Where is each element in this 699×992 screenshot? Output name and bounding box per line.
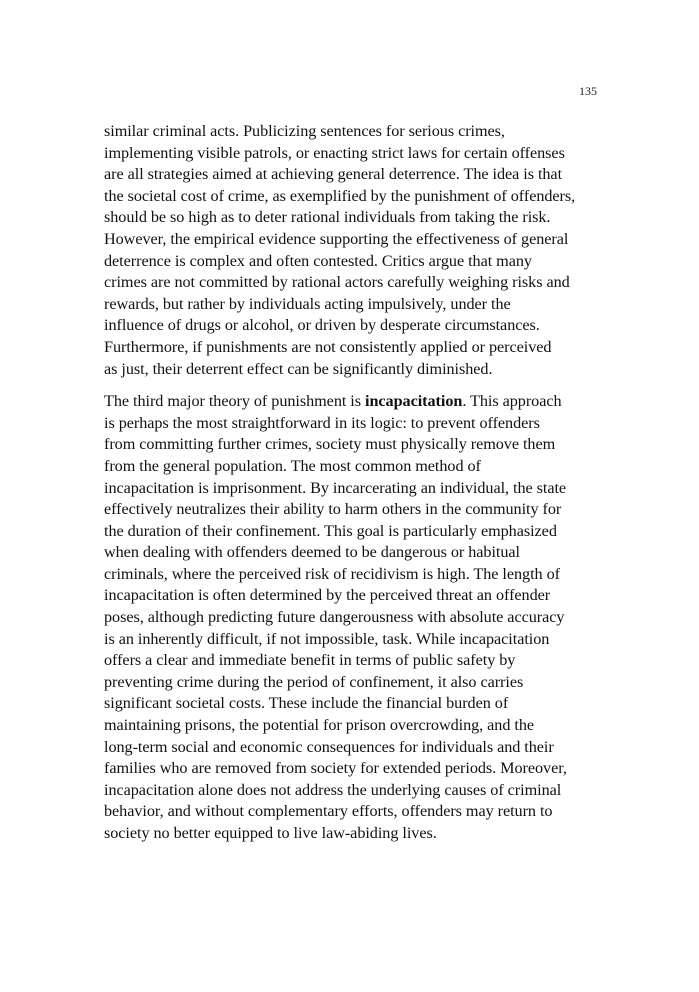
paragraph-general-deterrence: similar criminal acts. Publicizing sente… [104, 121, 604, 380]
text-line: incapacitation is imprisonment. By incar… [104, 478, 604, 500]
page-number: 135 [579, 84, 597, 99]
text-line: incapacitation is often determined by th… [104, 585, 604, 607]
text-line: is an inherently difficult, if not impos… [104, 629, 604, 651]
text-line: However, the empirical evidence supporti… [104, 229, 604, 251]
text-line: rewards, but rather by individuals actin… [104, 294, 604, 316]
text-line: preventing crime during the period of co… [104, 672, 604, 694]
text-line: influence of drugs or alcohol, or driven… [104, 315, 604, 337]
text-line: Furthermore, if punishments are not cons… [104, 337, 604, 359]
text-line: behavior, and without complementary effo… [104, 801, 604, 823]
text-line: poses, although predicting future danger… [104, 607, 604, 629]
text-line: similar criminal acts. Publicizing sente… [104, 121, 604, 143]
paragraph-incapacitation: The third major theory of punishment is … [104, 391, 604, 844]
text-line: when dealing with offenders deemed to be… [104, 542, 604, 564]
text-line: as just, their deterrent effect can be s… [104, 359, 604, 381]
text-line: families who are removed from society fo… [104, 758, 604, 780]
text-line: deterrence is complex and often conteste… [104, 251, 604, 273]
text-line: offers a clear and immediate benefit in … [104, 650, 604, 672]
text-line: incapacitation alone does not address th… [104, 780, 604, 802]
text-line: society no better equipped to live law-a… [104, 823, 604, 845]
text-line: The third major theory of punishment is … [104, 391, 604, 413]
text-line: long-term social and economic consequenc… [104, 737, 604, 759]
text-run: The third major theory of punishment is [104, 392, 365, 410]
text-line: the duration of their confinement. This … [104, 521, 604, 543]
text-line: should be so high as to deter rational i… [104, 207, 604, 229]
key-term-incapacitation: incapacitation [365, 392, 462, 410]
text-line: criminals, where the perceived risk of r… [104, 564, 604, 586]
text-line: is perhaps the most straightforward in i… [104, 413, 604, 435]
text-line: maintaining prisons, the potential for p… [104, 715, 604, 737]
text-line: from the general population. The most co… [104, 456, 604, 478]
text-line: crimes are not committed by rational act… [104, 272, 604, 294]
text-line: are all strategies aimed at achieving ge… [104, 164, 604, 186]
page-body: similar criminal acts. Publicizing sente… [104, 121, 604, 856]
text-line: the societal cost of crime, as exemplifi… [104, 186, 604, 208]
text-line: from committing further crimes, society … [104, 434, 604, 456]
text-line: implementing visible patrols, or enactin… [104, 143, 604, 165]
text-line: effectively neutralizes their ability to… [104, 499, 604, 521]
text-line: significant societal costs. These includ… [104, 693, 604, 715]
text-run: . This approach [462, 392, 561, 410]
